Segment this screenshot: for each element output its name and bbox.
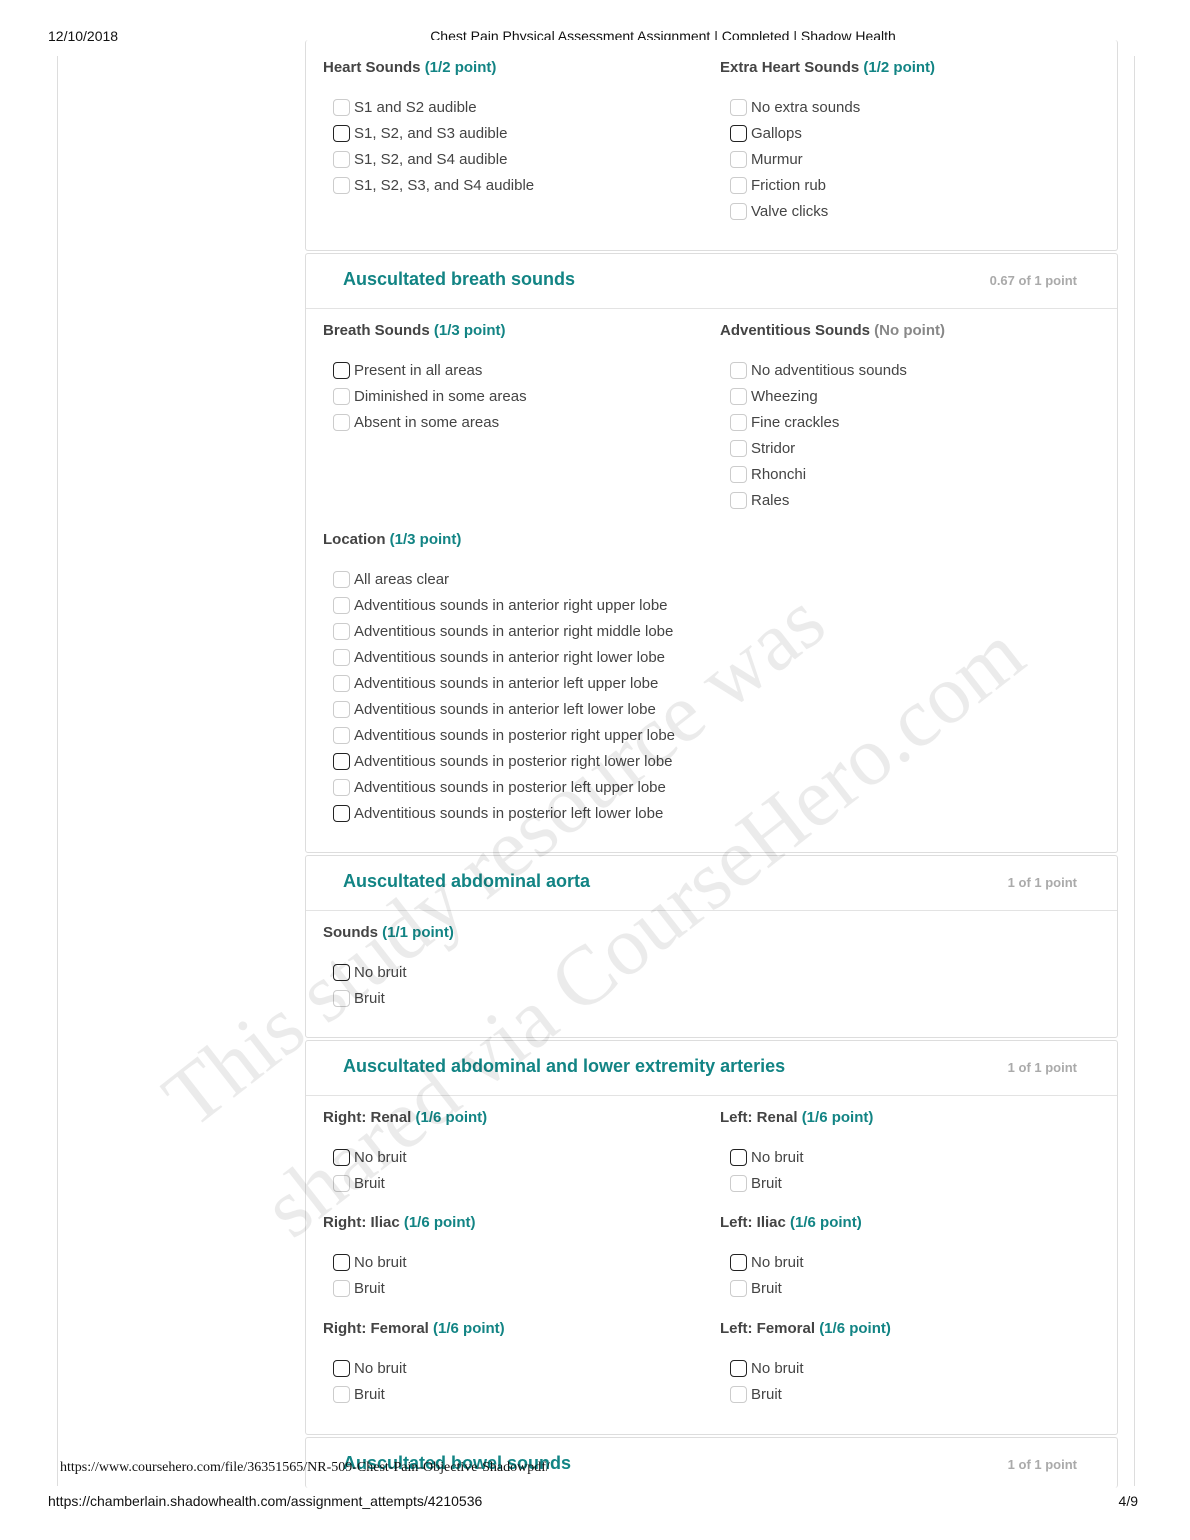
checkbox[interactable]	[730, 177, 747, 194]
checkbox[interactable]	[730, 388, 747, 405]
option-item[interactable]: No bruit	[730, 1144, 873, 1170]
option-item[interactable]: S1, S2, and S4 audible	[333, 146, 534, 172]
option-item[interactable]: Bruit	[333, 1381, 505, 1407]
checkbox[interactable]	[730, 440, 747, 457]
option-label: Stridor	[751, 440, 795, 457]
option-label: No bruit	[751, 1254, 804, 1271]
question-left-renal: Left: Renal (1/6 point) No bruitBruit	[720, 1109, 873, 1196]
checkbox[interactable]	[333, 675, 350, 692]
question-points: (1/2 point)	[863, 59, 935, 76]
option-item[interactable]: No bruit	[333, 959, 454, 985]
option-label: S1, S2, S3, and S4 audible	[354, 177, 534, 194]
option-label: No extra sounds	[751, 99, 860, 116]
option-item[interactable]: Bruit	[730, 1275, 862, 1301]
option-item[interactable]: Wheezing	[730, 383, 945, 409]
option-item[interactable]: Rales	[730, 487, 945, 513]
question-left-femoral: Left: Femoral (1/6 point) No bruitBruit	[720, 1320, 891, 1407]
checkbox[interactable]	[333, 1254, 350, 1271]
checkbox[interactable]	[730, 1280, 747, 1297]
checkbox[interactable]	[333, 701, 350, 718]
card-title: Auscultated abdominal and lower extremit…	[343, 1056, 785, 1077]
question-points: (1/6 point)	[802, 1109, 874, 1126]
option-label: Adventitious sounds in anterior left upp…	[354, 675, 658, 692]
option-item[interactable]: No bruit	[730, 1249, 862, 1275]
option-item[interactable]: Valve clicks	[730, 198, 935, 224]
checkbox[interactable]	[333, 753, 350, 770]
option-item[interactable]: No bruit	[730, 1355, 891, 1381]
option-label: Friction rub	[751, 177, 826, 194]
option-label: Adventitious sounds in posterior left up…	[354, 779, 666, 796]
checkbox[interactable]	[333, 727, 350, 744]
options-list: All areas clearAdventitious sounds in an…	[333, 566, 675, 826]
question-label: Right: Femoral	[323, 1320, 429, 1337]
checkbox[interactable]	[333, 99, 350, 116]
checkbox[interactable]	[333, 125, 350, 142]
checkbox[interactable]	[333, 990, 350, 1007]
frame-divider-left	[57, 56, 58, 1486]
checkbox[interactable]	[730, 466, 747, 483]
checkbox[interactable]	[730, 362, 747, 379]
option-item[interactable]: Adventitious sounds in anterior right mi…	[333, 618, 675, 644]
question-points: (1/6 point)	[819, 1320, 891, 1337]
option-item[interactable]: Bruit	[333, 985, 454, 1011]
option-label: Valve clicks	[751, 203, 828, 220]
option-item[interactable]: Fine crackles	[730, 409, 945, 435]
options-list: No bruitBruit	[730, 1144, 873, 1196]
options-list: No extra soundsGallopsMurmurFriction rub…	[730, 94, 935, 224]
option-label: Bruit	[354, 990, 385, 1007]
options-list: No bruitBruit	[333, 1355, 505, 1407]
options-list: No bruitBruit	[333, 1144, 487, 1196]
card-header: Auscultated abdominal aorta 1 of 1 point	[306, 856, 1117, 911]
option-label: Adventitious sounds in posterior right u…	[354, 727, 675, 744]
checkbox[interactable]	[730, 1254, 747, 1271]
option-label: Murmur	[751, 151, 803, 168]
checkbox[interactable]	[730, 1149, 747, 1166]
card-header: Auscultated abdominal and lower extremit…	[306, 1041, 1117, 1096]
checkbox[interactable]	[333, 388, 350, 405]
question-heart-sounds: Heart Sounds (1/2 point) S1 and S2 audib…	[323, 59, 534, 198]
option-label: Adventitious sounds in anterior right up…	[354, 597, 668, 614]
card-abdominal-aorta: Auscultated abdominal aorta 1 of 1 point…	[305, 855, 1118, 1038]
checkbox[interactable]	[333, 1386, 350, 1403]
option-label: Present in all areas	[354, 362, 482, 379]
frame-divider-right	[1134, 56, 1135, 1486]
option-item[interactable]: S1, S2, S3, and S4 audible	[333, 172, 534, 198]
question-points: (1/6 point)	[790, 1214, 862, 1231]
question-points: (1/3 point)	[434, 322, 506, 339]
options-list: No bruitBruit	[730, 1355, 891, 1407]
question-label: Adventitious Sounds	[720, 322, 870, 339]
checkbox[interactable]	[333, 623, 350, 640]
question-label: Left: Iliac	[720, 1214, 786, 1231]
checkbox[interactable]	[333, 151, 350, 168]
option-item[interactable]: No adventitious sounds	[730, 357, 945, 383]
option-item[interactable]: No bruit	[333, 1355, 505, 1381]
option-label: Wheezing	[751, 388, 818, 405]
checkbox[interactable]	[333, 1149, 350, 1166]
checkbox[interactable]	[333, 805, 350, 822]
question-label: Left: Femoral	[720, 1320, 815, 1337]
checkbox[interactable]	[730, 203, 747, 220]
card-title: Auscultated breath sounds	[343, 269, 575, 290]
page-number: 4/9	[1119, 1493, 1138, 1509]
checkbox[interactable]	[730, 492, 747, 509]
checkbox[interactable]	[333, 414, 350, 431]
checkbox[interactable]	[730, 414, 747, 431]
option-label: Bruit	[751, 1386, 782, 1403]
option-item[interactable]: Absent in some areas	[333, 409, 527, 435]
card-score: 1 of 1 point	[1008, 875, 1077, 890]
option-item[interactable]: Adventitious sounds in anterior right up…	[333, 592, 675, 618]
checkbox[interactable]	[730, 99, 747, 116]
checkbox[interactable]	[333, 1280, 350, 1297]
card-title: Auscultated abdominal aorta	[343, 871, 590, 892]
question-points: (No point)	[874, 322, 945, 339]
question-label: Breath Sounds	[323, 322, 430, 339]
option-item[interactable]: Gallops	[730, 120, 935, 146]
coursehero-url: https://www.coursehero.com/file/36351565…	[60, 1460, 550, 1476]
question-right-iliac: Right: Iliac (1/6 point) No bruitBruit	[323, 1214, 476, 1301]
option-label: No bruit	[354, 964, 407, 981]
question-label: Extra Heart Sounds	[720, 59, 859, 76]
option-item[interactable]: S1, S2, and S3 audible	[333, 120, 534, 146]
options-list: No bruitBruit	[333, 1249, 476, 1301]
checkbox[interactable]	[730, 151, 747, 168]
question-points: (1/3 point)	[390, 531, 462, 548]
question-points: (1/6 point)	[416, 1109, 488, 1126]
question-left-iliac: Left: Iliac (1/6 point) No bruitBruit	[720, 1214, 862, 1301]
option-item[interactable]: Bruit	[333, 1170, 487, 1196]
option-item[interactable]: Adventitious sounds in anterior right lo…	[333, 644, 675, 670]
question-location: Location (1/3 point) All areas clearAdve…	[323, 531, 675, 826]
checkbox[interactable]	[333, 362, 350, 379]
option-label: No bruit	[751, 1149, 804, 1166]
checkbox[interactable]	[333, 571, 350, 588]
card-lower-extremity-arteries: Auscultated abdominal and lower extremit…	[305, 1040, 1118, 1435]
checkbox[interactable]	[333, 177, 350, 194]
option-label: No bruit	[354, 1254, 407, 1271]
options-list: No adventitious soundsWheezingFine crack…	[730, 357, 945, 513]
option-item[interactable]: No bruit	[333, 1249, 476, 1275]
option-item[interactable]: No extra sounds	[730, 94, 935, 120]
option-item[interactable]: Adventitious sounds in posterior right l…	[333, 748, 675, 774]
question-right-femoral: Right: Femoral (1/6 point) No bruitBruit	[323, 1320, 505, 1407]
option-label: No bruit	[751, 1360, 804, 1377]
option-label: S1, S2, and S3 audible	[354, 125, 507, 142]
option-label: Bruit	[354, 1280, 385, 1297]
checkbox[interactable]	[333, 964, 350, 981]
option-label: No bruit	[354, 1149, 407, 1166]
question-label: Heart Sounds	[323, 59, 421, 76]
checkbox[interactable]	[730, 1360, 747, 1377]
options-list: Present in all areasDiminished in some a…	[333, 357, 527, 435]
card-score: 0.67 of 1 point	[990, 273, 1077, 288]
option-label: Bruit	[354, 1386, 385, 1403]
option-label: Adventitious sounds in posterior right l…	[354, 753, 673, 770]
question-label: Right: Renal	[323, 1109, 411, 1126]
option-item[interactable]: Adventitious sounds in posterior left lo…	[333, 800, 675, 826]
card-score: 1 of 1 point	[1008, 1457, 1077, 1472]
option-item[interactable]: Bruit	[730, 1170, 873, 1196]
question-label: Right: Iliac	[323, 1214, 400, 1231]
question-points: (1/1 point)	[382, 924, 454, 941]
option-label: No bruit	[354, 1360, 407, 1377]
option-label: Diminished in some areas	[354, 388, 527, 405]
option-label: Gallops	[751, 125, 802, 142]
question-label: Left: Renal	[720, 1109, 798, 1126]
print-url: https://chamberlain.shadowhealth.com/ass…	[48, 1493, 482, 1509]
option-label: Adventitious sounds in anterior right mi…	[354, 623, 673, 640]
option-label: All areas clear	[354, 571, 449, 588]
option-item[interactable]: S1 and S2 audible	[333, 94, 534, 120]
option-item[interactable]: Bruit	[730, 1381, 891, 1407]
checkbox[interactable]	[333, 1360, 350, 1377]
checkbox[interactable]	[730, 125, 747, 142]
option-label: S1, S2, and S4 audible	[354, 151, 507, 168]
option-label: Absent in some areas	[354, 414, 499, 431]
option-label: Adventitious sounds in posterior left lo…	[354, 805, 663, 822]
question-breath-sounds: Breath Sounds (1/3 point) Present in all…	[323, 322, 527, 435]
card-score: 1 of 1 point	[1008, 1060, 1077, 1075]
option-label: No adventitious sounds	[751, 362, 907, 379]
question-points: (1/2 point)	[425, 59, 497, 76]
option-label: Adventitious sounds in anterior right lo…	[354, 649, 665, 666]
question-points: (1/6 point)	[433, 1320, 505, 1337]
option-item[interactable]: Diminished in some areas	[333, 383, 527, 409]
option-item[interactable]: Stridor	[730, 435, 945, 461]
option-item[interactable]: Murmur	[730, 146, 935, 172]
checkbox[interactable]	[730, 1386, 747, 1403]
option-item[interactable]: Adventitious sounds in anterior left upp…	[333, 670, 675, 696]
card-breath-sounds: Auscultated breath sounds 0.67 of 1 poin…	[305, 253, 1118, 853]
checkbox[interactable]	[333, 1175, 350, 1192]
question-adventitious-sounds: Adventitious Sounds (No point) No advent…	[720, 322, 945, 513]
option-item[interactable]: Bruit	[333, 1275, 476, 1301]
option-item[interactable]: Present in all areas	[333, 357, 527, 383]
option-item[interactable]: No bruit	[333, 1144, 487, 1170]
option-label: S1 and S2 audible	[354, 99, 477, 116]
options-list: S1 and S2 audibleS1, S2, and S3 audibleS…	[333, 94, 534, 198]
checkbox[interactable]	[333, 597, 350, 614]
option-item[interactable]: Adventitious sounds in posterior left up…	[333, 774, 675, 800]
option-label: Fine crackles	[751, 414, 839, 431]
option-label: Bruit	[751, 1280, 782, 1297]
option-item[interactable]: All areas clear	[333, 566, 675, 592]
option-item[interactable]: Friction rub	[730, 172, 935, 198]
checkbox[interactable]	[333, 649, 350, 666]
options-list: No bruitBruit	[333, 959, 454, 1011]
question-label: Location	[323, 531, 386, 548]
option-label: Rales	[751, 492, 789, 509]
option-item[interactable]: Adventitious sounds in anterior left low…	[333, 696, 675, 722]
question-aorta-sounds: Sounds (1/1 point) No bruitBruit	[323, 924, 454, 1011]
question-right-renal: Right: Renal (1/6 point) No bruitBruit	[323, 1109, 487, 1196]
question-points: (1/6 point)	[404, 1214, 476, 1231]
option-label: Rhonchi	[751, 466, 806, 483]
option-item[interactable]: Rhonchi	[730, 461, 945, 487]
card-header: Auscultated breath sounds 0.67 of 1 poin…	[306, 254, 1117, 309]
option-label: Bruit	[354, 1175, 385, 1192]
option-label: Bruit	[751, 1175, 782, 1192]
question-extra-heart-sounds: Extra Heart Sounds (1/2 point) No extra …	[720, 59, 935, 224]
options-list: No bruitBruit	[730, 1249, 862, 1301]
checkbox[interactable]	[730, 1175, 747, 1192]
question-label: Sounds	[323, 924, 378, 941]
card-heart-sounds: Heart Sounds (1/2 point) S1 and S2 audib…	[305, 40, 1118, 251]
option-item[interactable]: Adventitious sounds in posterior right u…	[333, 722, 675, 748]
checkbox[interactable]	[333, 779, 350, 796]
option-label: Adventitious sounds in anterior left low…	[354, 701, 656, 718]
